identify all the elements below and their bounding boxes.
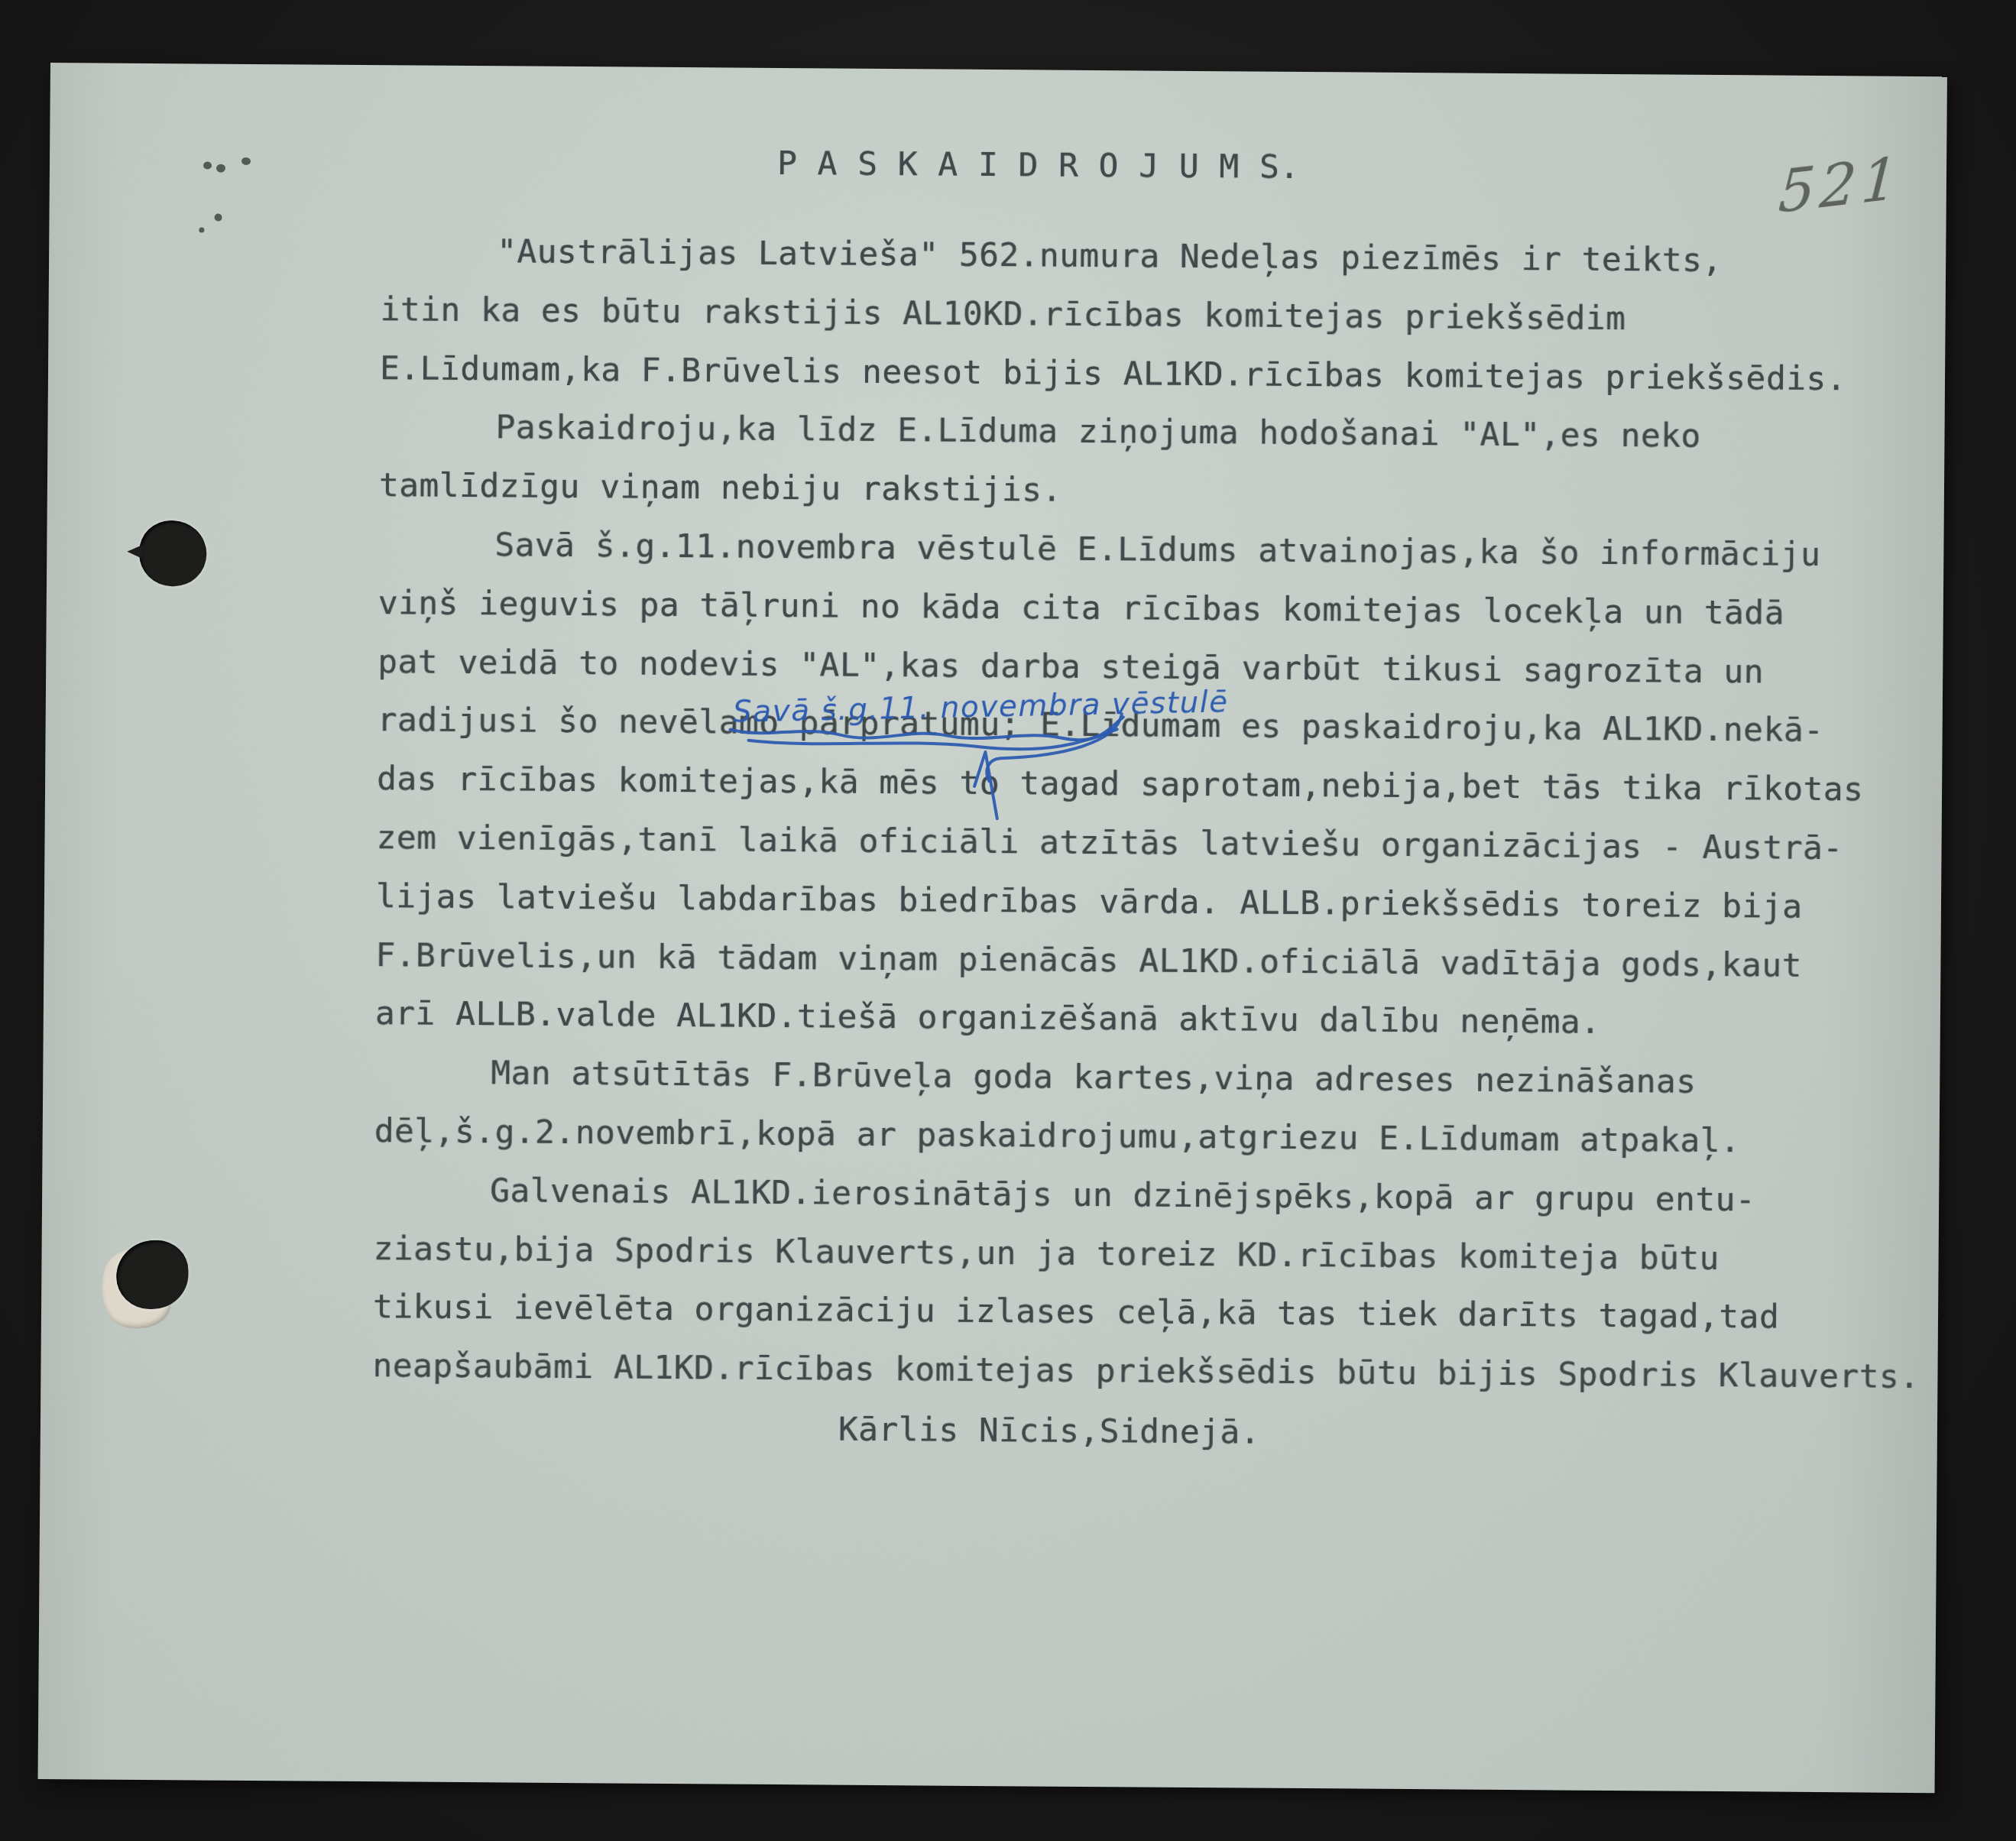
document-title: P A S K A I D R O J U M S. — [777, 144, 1300, 186]
staple-mark-dot — [216, 164, 225, 173]
typed-lines: "Austrālijas Latvieša" 562.numura Nedeļa… — [372, 222, 1917, 1407]
document-page: 521 P A S K A I D R O J U M S. "Austrāli… — [38, 63, 1947, 1793]
typed-line: "Austrālijas Latvieša" 562.numura Nedeļa… — [381, 222, 1917, 292]
typed-line: arī ALLB.valde AL1KD.tiešā organizēšanā … — [375, 985, 1912, 1055]
typed-line: E.Līdumam,ka F.Brūvelis neesot bijis AL1… — [380, 339, 1917, 410]
typed-line: Paskaidroju,ka līdz E.Līduma ziņojuma ho… — [379, 398, 1916, 468]
typed-line: tikusi ievēlēta organizāciju izlases ceļ… — [373, 1278, 1910, 1348]
typed-line: viņš ieguvis pa tāļruni no kāda cita rīc… — [378, 574, 1915, 644]
staple-mark-dot — [199, 227, 204, 232]
typed-line: neapšaubāmi AL1KD.rīcības komitejas prie… — [372, 1337, 1909, 1407]
typed-line: Galvenais AL1KD.ierosinātājs un dzinējsp… — [374, 1161, 1911, 1231]
staple-mark-dot — [241, 157, 251, 165]
staple-mark-dot — [214, 214, 222, 222]
typed-line: Man atsūtītās F.Brūveļa goda kartes,viņa… — [374, 1043, 1911, 1113]
typed-line: lijas latviešu labdarības biedrības vārd… — [376, 867, 1913, 938]
typed-line: das rīcības komitejas,kā mēs to tagad sa… — [377, 750, 1914, 820]
scan-background: 521 P A S K A I D R O J U M S. "Austrāli… — [0, 0, 2016, 1841]
typed-line: F.Brūvelis,un kā tādam viņam pienācās AL… — [375, 926, 1912, 997]
typed-line: dēļ,š.g.2.novembrī,kopā ar paskaidrojumu… — [374, 1102, 1911, 1172]
page-number-pencil: 521 — [1777, 143, 1904, 226]
punch-hole-top — [139, 520, 207, 587]
signature-line: Kārlis Nīcis,Sidnejā. — [838, 1411, 1260, 1452]
typed-line: ziastu,bija Spodris Klauverts,un ja tore… — [373, 1220, 1910, 1290]
staple-mark-dot — [203, 161, 212, 169]
typed-line: Savā š.g.11.novembra vēstulē E.Līdums at… — [378, 515, 1915, 585]
typed-line: tamlīdzīgu viņam nebiju rakstijis. — [379, 456, 1916, 527]
typed-line: itin ka es būtu rakstijis AL10KD.rīcības… — [380, 280, 1917, 351]
punch-hole-bottom — [116, 1240, 189, 1310]
typed-line: zem vienīgās,tanī laikā oficiāli atzītās… — [376, 809, 1913, 879]
